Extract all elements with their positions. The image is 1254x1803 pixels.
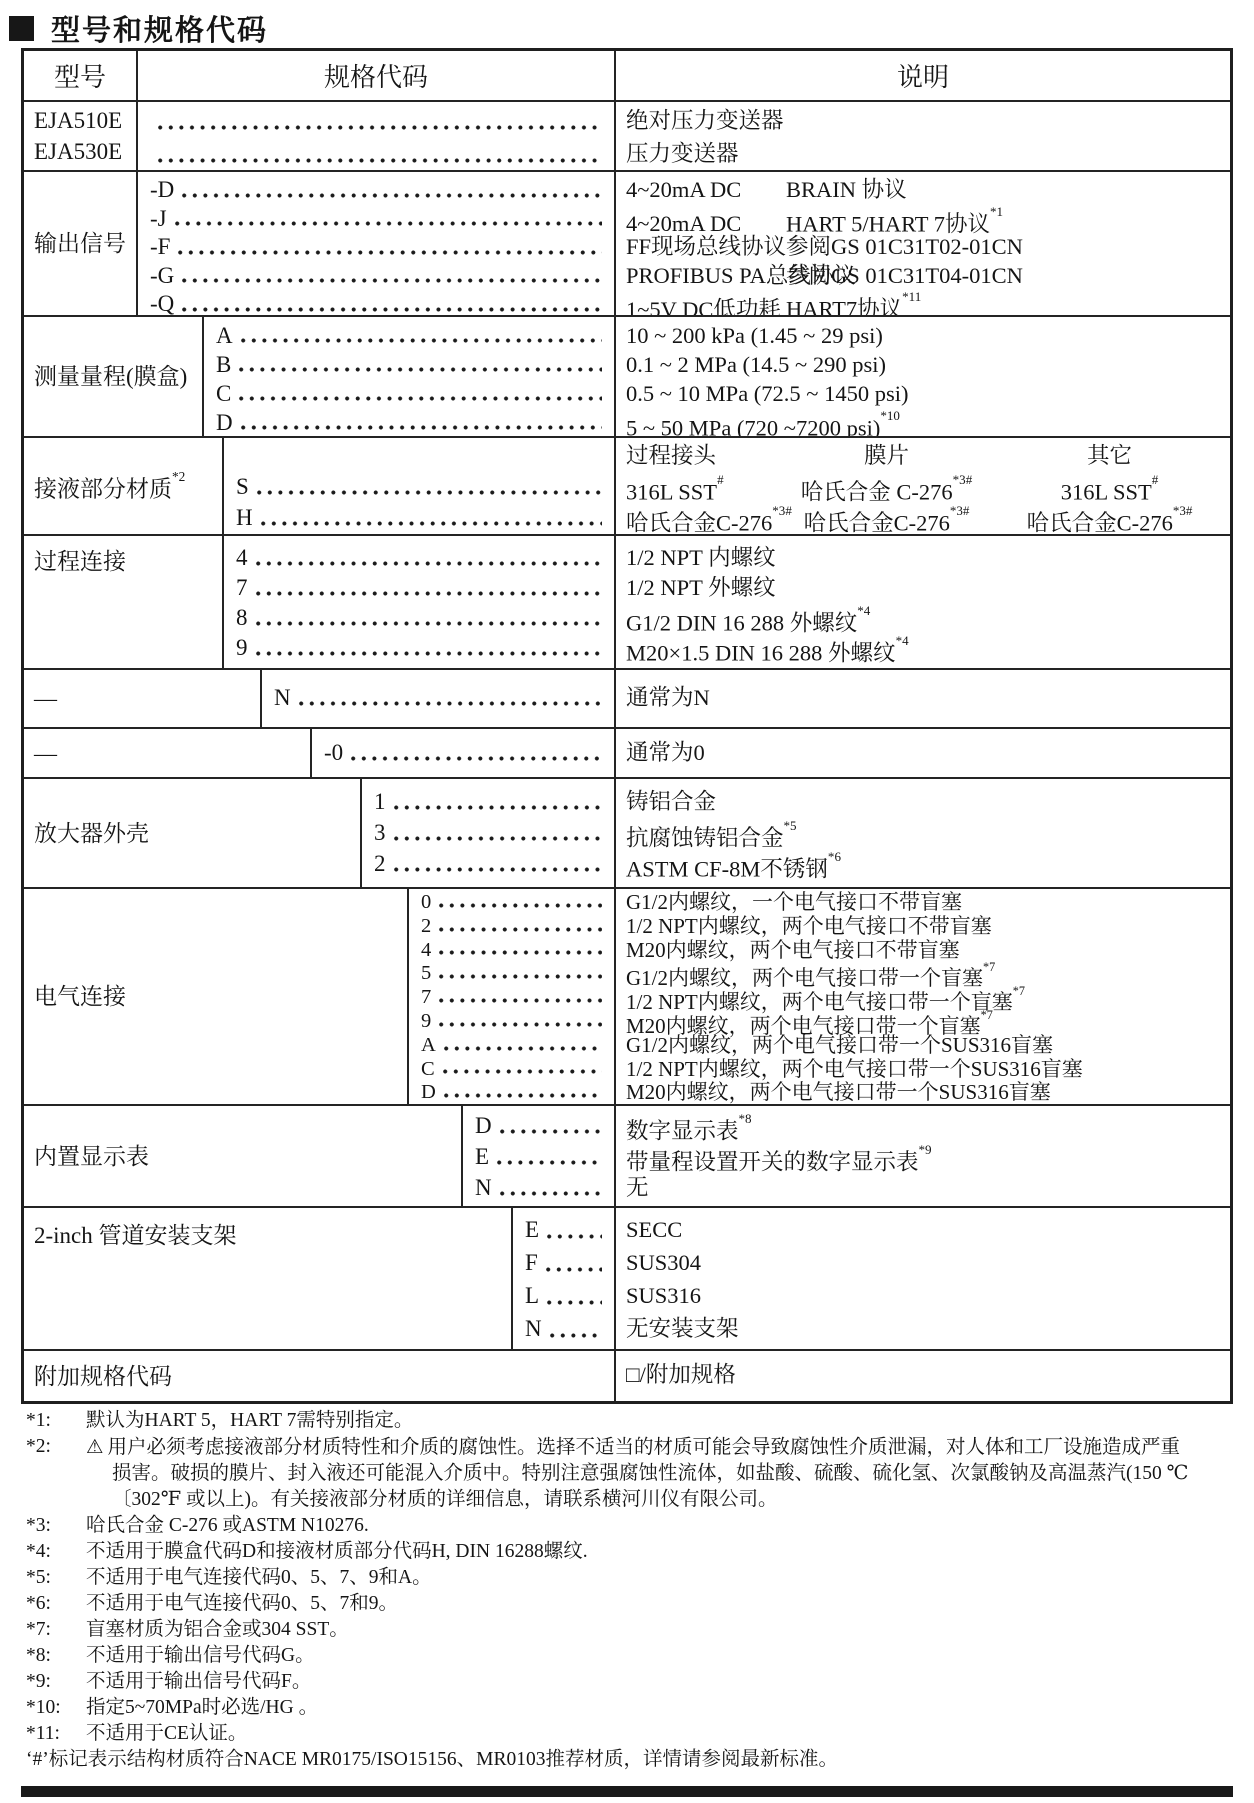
spec-code: 0 xyxy=(421,891,431,915)
description-cell: 绝对压力变送器压力变送器 xyxy=(616,102,1230,170)
spec-code-line: 4 xyxy=(236,543,614,573)
spec-code-line: 8 xyxy=(236,603,614,633)
desc-text: 通常为0 xyxy=(626,738,705,768)
spec-code: D xyxy=(421,1081,436,1105)
leader-dots xyxy=(394,835,603,842)
spec-code-line: N xyxy=(475,1172,614,1203)
desc-text: 1/2 NPT内螺纹，两个电气接口带一个SUS316盲塞 xyxy=(626,1058,1083,1082)
description-line: SECC xyxy=(626,1213,1230,1246)
spec-code: -F xyxy=(150,233,170,262)
desc-text: 膜片 xyxy=(784,440,989,471)
spec-code-line: 2 xyxy=(374,848,614,879)
superscript-note: *10 xyxy=(880,408,900,423)
spec-code-line: 1 xyxy=(374,786,614,817)
leader-dots xyxy=(351,755,602,762)
description-line: SUS304 xyxy=(626,1246,1230,1279)
desc-text: 哈氏合金C-276*3# xyxy=(626,502,784,534)
footnote-item: *4:不适用于膜盒代码D和接液材质部分代码H, DIN 16288螺纹. xyxy=(26,1539,1236,1565)
description-line: 1~5V DC低功耗HART7协议*11 xyxy=(626,290,1230,315)
spec-code: N xyxy=(525,1312,542,1345)
spec-code: A xyxy=(216,321,233,350)
leader-dots xyxy=(178,249,602,256)
row-label: 2-inch 管道安装支架 xyxy=(24,1208,513,1349)
footnote-marker: *8: xyxy=(26,1643,86,1669)
leader-dots xyxy=(256,650,603,657)
footnote-marker: *11: xyxy=(26,1721,86,1747)
description-line: M20内螺纹，两个电气接口带一个盲塞*7 xyxy=(626,1010,1230,1034)
leader-dots xyxy=(239,395,602,402)
spec-code-line: E xyxy=(475,1141,614,1172)
leader-dots xyxy=(444,1045,602,1052)
spec-code: 7 xyxy=(421,986,431,1010)
desc-text: M20内螺纹，两个电气接口带一个SUS316盲塞 xyxy=(626,1081,1051,1104)
spec-code-line: 9 xyxy=(421,1010,614,1034)
spec-code-cell: DEN xyxy=(463,1106,616,1206)
spec-code: 2 xyxy=(374,848,386,879)
leader-dots xyxy=(547,1233,602,1240)
superscript-note: *4 xyxy=(896,633,909,648)
spec-code-line: -0 xyxy=(324,738,614,768)
spec-code: A xyxy=(421,1034,436,1058)
description-line: 4~20mA DCBRAIN 协议 xyxy=(626,176,1230,205)
desc-text: PROFIBUS PA总线协议 xyxy=(626,262,786,291)
footnote-item: *1:默认为HART 5，HART 7需特别指定。 xyxy=(26,1408,1236,1434)
desc-text: 哈氏合金C-276*3# xyxy=(989,502,1230,534)
desc-text: G1/2内螺纹，两个电气接口带一个SUS316盲塞 xyxy=(626,1034,1053,1058)
spec-code-line: -F xyxy=(150,233,614,262)
desc-text: 10 ~ 200 kPa (1.45 ~ 29 psi) xyxy=(626,321,883,350)
description-line: 通常为N xyxy=(626,683,1230,713)
footnote-item: ‘#’标记表示结构材质符合NACE MR0175/ISO15156、MR0103… xyxy=(26,1747,1236,1773)
desc-text: ASTM CF-8M不锈钢*6 xyxy=(626,848,841,885)
table-row: —N通常为N xyxy=(24,668,1230,727)
spec-code-line: 2 xyxy=(421,915,614,939)
superscript-note: *3# xyxy=(953,472,973,487)
leader-dots xyxy=(158,124,602,131)
spec-code-line: -J xyxy=(150,205,614,234)
footnote-item: *5:不适用于电气连接代码0、5、7、9和A。 xyxy=(26,1565,1236,1591)
description-cell: 10 ~ 200 kPa (1.45 ~ 29 psi)0.1 ~ 2 MPa … xyxy=(616,317,1230,436)
spec-code-cell: 132 xyxy=(362,779,616,887)
desc-text: 带量程设置开关的数字显示表*9 xyxy=(626,1141,932,1178)
leader-dots xyxy=(550,1332,602,1339)
spec-code-line: 7 xyxy=(236,573,614,603)
leader-dots xyxy=(443,1068,602,1075)
desc-text: 无 xyxy=(626,1172,649,1203)
table-row: 内置显示表DEN数字显示表*8带量程设置开关的数字显示表*9无 xyxy=(24,1104,1230,1206)
desc-text: — xyxy=(34,683,260,714)
spec-code: -0 xyxy=(324,738,343,768)
description-cell: G1/2内螺纹，一个电气接口不带盲塞1/2 NPT内螺纹，两个电气接口不带盲塞M… xyxy=(616,889,1230,1104)
footnote-item: *2:⚠用户必须考虑接液部分材质特性和介质的腐蚀性。选择不适当的材质可能会导致腐… xyxy=(26,1434,1236,1513)
spec-code-cell: -0 xyxy=(312,729,616,777)
spec-code: 9 xyxy=(236,633,248,663)
desc-text: 输出信号 xyxy=(34,228,136,259)
description-cell: 数字显示表*8带量程设置开关的数字显示表*9无 xyxy=(616,1106,1230,1206)
leader-dots xyxy=(547,1299,602,1306)
footnote-marker: *10: xyxy=(26,1695,86,1721)
footnote-marker: *3: xyxy=(26,1513,86,1539)
description-line: 数字显示表*8 xyxy=(626,1110,1230,1141)
description-line: 压力变送器 xyxy=(626,137,1230,170)
desc-text: 0.1 ~ 2 MPa (14.5 ~ 290 psi) xyxy=(626,350,886,379)
description-cell: 铸铝合金抗腐蚀铸铝合金*5ASTM CF-8M不锈钢*6 xyxy=(616,779,1230,887)
spec-code-line: A xyxy=(216,321,614,350)
spec-code: N xyxy=(475,1172,492,1203)
spec-code-line: A xyxy=(421,1034,614,1058)
description-line: 铸铝合金 xyxy=(626,786,1230,817)
leader-dots xyxy=(182,277,602,284)
leader-dots xyxy=(239,366,602,373)
footnote-item: *10:指定5~70MPa时必选/HG 。 xyxy=(26,1695,1236,1721)
description-line: 抗腐蚀铸铝合金*5 xyxy=(626,817,1230,848)
desc-text: 绝对压力变送器 xyxy=(626,104,784,137)
desc-text: SUS316 xyxy=(626,1279,701,1312)
footnote-marker: *6: xyxy=(26,1591,86,1617)
table-row: —-0通常为0 xyxy=(24,727,1230,777)
leader-dots xyxy=(158,157,602,164)
footnote-item: *7:盲塞材质为铝合金或304 SST。 xyxy=(26,1617,1236,1643)
footnote-item: *3:哈氏合金 C-276 或ASTM N10276. xyxy=(26,1513,1236,1539)
spec-code: -J xyxy=(150,205,167,234)
leader-dots xyxy=(497,1159,602,1166)
warning-icon: ⚠ xyxy=(86,1435,103,1458)
desc-text: 1/2 NPT 外螺纹 xyxy=(626,573,776,603)
spec-code-line: C xyxy=(216,379,614,408)
desc-text: SUS304 xyxy=(626,1246,701,1279)
description-line: SUS316 xyxy=(626,1279,1230,1312)
spec-code: 2 xyxy=(421,915,431,939)
desc-text: 压力变送器 xyxy=(626,137,739,170)
description-line: M20×1.5 DIN 16 288 外螺纹*4 xyxy=(626,633,1230,663)
superscript-note: # xyxy=(1152,472,1159,487)
table-row: 测量量程(膜盒)ABCD10 ~ 200 kPa (1.45 ~ 29 psi)… xyxy=(24,315,1230,436)
leader-dots xyxy=(439,997,602,1004)
spec-code-line: D xyxy=(475,1110,614,1141)
desc-text: 其它 xyxy=(989,440,1230,471)
leader-dots xyxy=(500,1190,602,1197)
table-row: 输出信号-D-J-F-G-Q4~20mA DCBRAIN 协议4~20mA DC… xyxy=(24,170,1230,315)
header-model: 型号 xyxy=(24,51,138,100)
section-marker-icon xyxy=(9,16,34,41)
spec-code-cell: EFLN xyxy=(513,1208,616,1349)
desc-text: 接液部分材质*2 xyxy=(34,468,222,505)
footnote-text: 不适用于CE认证。 xyxy=(86,1721,1236,1747)
description-line: 带量程设置开关的数字显示表*9 xyxy=(626,1141,1230,1172)
table-row: 2-inch 管道安装支架EFLNSECCSUS304SUS316无安装支架 xyxy=(24,1206,1230,1349)
spec-code-cell: SH xyxy=(224,438,616,534)
footnote-marker: *5: xyxy=(26,1565,86,1591)
spec-code: 4 xyxy=(236,543,248,573)
spec-code-cell: N xyxy=(262,670,616,727)
leader-dots xyxy=(299,700,602,707)
leader-dots xyxy=(257,489,602,496)
leader-dots xyxy=(439,926,602,933)
table-row: 放大器外壳132铸铝合金抗腐蚀铸铝合金*5ASTM CF-8M不锈钢*6 xyxy=(24,777,1230,887)
leader-dots xyxy=(256,620,603,627)
footnote-item: *9:不适用于输出信号代码F。 xyxy=(26,1669,1236,1695)
spec-code: 7 xyxy=(236,573,248,603)
superscript-note: *5 xyxy=(784,818,797,833)
description-cell: 通常为0 xyxy=(616,729,1230,777)
description-line: 1/2 NPT 外螺纹 xyxy=(626,573,1230,603)
description-line: 4~20mA DCHART 5/HART 7协议*1 xyxy=(626,205,1230,234)
footnote-text: 盲塞材质为铝合金或304 SST。 xyxy=(86,1617,1236,1643)
desc-text: HART7协议*11 xyxy=(786,290,921,315)
spec-code-line: N xyxy=(525,1312,614,1345)
table-row: 接液部分材质*2SH过程接头膜片其它316L SST#哈氏合金 C-276*3#… xyxy=(24,436,1230,534)
description-line: PROFIBUS PA总线协议参阅GS 01C31T04-01CN xyxy=(626,262,1230,291)
spec-code: N xyxy=(274,683,291,713)
spec-code-line: C xyxy=(421,1058,614,1082)
spec-code: E xyxy=(475,1141,489,1172)
desc-text: 参阅GS 01C31T04-01CN xyxy=(786,262,1023,291)
superscript-note: *11 xyxy=(902,289,921,304)
desc-text: 电气连接 xyxy=(34,981,407,1012)
row-label: 输出信号 xyxy=(24,172,138,315)
spec-code-line xyxy=(150,137,614,170)
desc-text: FF现场总线协议 xyxy=(626,233,786,262)
superscript-note: *3# xyxy=(772,503,792,518)
description-line: 通常为0 xyxy=(626,738,1230,768)
row-label-line: EJA510E xyxy=(34,105,136,136)
description-line: 0.1 ~ 2 MPa (14.5 ~ 290 psi) xyxy=(626,350,1230,379)
superscript-note: *7 xyxy=(983,960,995,974)
description-line: 1/2 NPT内螺纹，两个电气接口不带盲塞 xyxy=(626,915,1230,939)
spec-code-line: D xyxy=(421,1081,614,1105)
spec-code: L xyxy=(525,1279,539,1312)
footnote-text-line: 〔302℉ 或以上)。有关接液部分材质的详细信息，请联系横河川仪有限公司。 xyxy=(86,1487,1236,1513)
superscript-note: *8 xyxy=(739,1111,752,1126)
spec-code: F xyxy=(525,1246,538,1279)
superscript-note: *6 xyxy=(828,849,841,864)
footnote-text: ⚠用户必须考虑接液部分材质特性和介质的腐蚀性。选择不适当的材质可能会导致腐蚀性介… xyxy=(86,1434,1236,1513)
description-line: 哈氏合金C-276*3#哈氏合金C-276*3#哈氏合金C-276*3# xyxy=(626,502,1230,533)
superscript-note: *7 xyxy=(981,1008,993,1022)
spec-code: 1 xyxy=(374,786,386,817)
spec-code-line: -Q xyxy=(150,290,614,319)
spec-code-line xyxy=(150,104,614,137)
footnote-text: 不适用于电气连接代码0、5、7、9和A。 xyxy=(86,1565,1236,1591)
table-header-row: 型号 规格代码 说明 xyxy=(24,51,1230,100)
description-line: ASTM CF-8M不锈钢*6 xyxy=(626,848,1230,879)
table-row: 过程连接47891/2 NPT 内螺纹1/2 NPT 外螺纹G1/2 DIN 1… xyxy=(24,534,1230,668)
spec-code-line: H xyxy=(236,502,614,533)
table-body: EJA510EEJA530E绝对压力变送器压力变送器输出信号-D-J-F-G-Q… xyxy=(24,100,1230,1401)
description-line: 0.5 ~ 10 MPa (72.5 ~ 1450 psi) xyxy=(626,379,1230,408)
footnote-text-line: ⚠用户必须考虑接液部分材质特性和介质的腐蚀性。选择不适当的材质可能会导致腐蚀性介… xyxy=(86,1434,1236,1461)
row-label: 电气连接 xyxy=(24,889,409,1104)
footnote-text: 哈氏合金 C-276 或ASTM N10276. xyxy=(86,1513,1236,1539)
footnote-text: 不适用于膜盒代码D和接液材质部分代码H, DIN 16288螺纹. xyxy=(86,1539,1236,1565)
spec-code-line: B xyxy=(216,350,614,379)
row-label: — xyxy=(24,670,262,727)
footnote-text: 不适用于输出信号代码F。 xyxy=(86,1669,1236,1695)
description-cell: 4~20mA DCBRAIN 协议4~20mA DCHART 5/HART 7协… xyxy=(616,172,1230,315)
description-line: 316L SST#哈氏合金 C-276*3#316L SST# xyxy=(626,471,1230,502)
spec-code: D xyxy=(475,1110,492,1141)
spec-code-line: -D xyxy=(150,176,614,205)
footnote-text: 默认为HART 5，HART 7需特别指定。 xyxy=(86,1408,1236,1434)
spec-code-line: 9 xyxy=(236,633,614,663)
table-row: 电气连接024579ACDG1/2内螺纹，一个电气接口不带盲塞1/2 NPT内螺… xyxy=(24,887,1230,1104)
desc-text: M20内螺纹，两个电气接口不带盲塞 xyxy=(626,939,960,963)
description-line: 1/2 NPT内螺纹，两个电气接口带一个盲塞*7 xyxy=(626,986,1230,1010)
spec-code: -G xyxy=(150,262,174,291)
description-line: G1/2内螺纹，两个电气接口带一个SUS316盲塞 xyxy=(626,1034,1230,1058)
desc-text: 1~5V DC低功耗 xyxy=(626,296,786,316)
spec-code-cell: ABCD xyxy=(204,317,616,436)
description-line: G1/2内螺纹，两个电气接口带一个盲塞*7 xyxy=(626,962,1230,986)
spec-code: 8 xyxy=(236,603,248,633)
leader-dots xyxy=(394,804,603,811)
desc-text: 哈氏合金C-276*3# xyxy=(784,502,989,534)
spec-code: -D xyxy=(150,176,174,205)
table-row: EJA510EEJA530E绝对压力变送器压力变送器 xyxy=(24,100,1230,170)
spec-code-cell: 024579ACD xyxy=(409,889,616,1104)
superscript-note: # xyxy=(717,472,724,487)
spec-code: E xyxy=(525,1213,539,1246)
description-line: M20内螺纹，两个电气接口不带盲塞 xyxy=(626,939,1230,963)
desc-text: 无安装支架 xyxy=(626,1312,739,1345)
description-line: 1/2 NPT内螺纹，两个电气接口带一个SUS316盲塞 xyxy=(626,1058,1230,1082)
footnote-item: *11:不适用于CE认证。 xyxy=(26,1721,1236,1747)
desc-text: 测量量程(膜盒) xyxy=(34,361,202,392)
spec-code: B xyxy=(216,350,231,379)
footnote-marker: *2: xyxy=(26,1434,86,1513)
desc-text: 通常为N xyxy=(626,683,710,713)
leader-dots xyxy=(439,1021,602,1028)
description-cell: □/附加规格 xyxy=(616,1351,1230,1401)
spec-code-line: N xyxy=(274,683,614,713)
desc-text: □/附加规格 xyxy=(626,1360,736,1390)
leader-dots xyxy=(546,1266,602,1273)
desc-text: 参阅GS 01C31T02-01CN xyxy=(786,233,1023,262)
spec-code: H xyxy=(236,502,253,533)
row-label: 过程连接 xyxy=(24,536,224,668)
leader-dots xyxy=(175,220,602,227)
row-label-line: EJA530E xyxy=(34,136,136,167)
spec-code-line: 4 xyxy=(421,939,614,963)
row-label: 附加规格代码 xyxy=(24,1351,616,1401)
description-line: 无安装支架 xyxy=(626,1312,1230,1345)
desc-text: 4~20mA DC xyxy=(626,176,786,205)
leader-dots xyxy=(241,424,602,431)
spec-code-line: S xyxy=(236,471,614,502)
footnote-text-line: 损害。破损的膜片、封入液还可能混入介质中。特别注意强腐蚀性流体，如盐酸、硫酸、硫… xyxy=(86,1461,1236,1487)
spec-code: D xyxy=(216,408,233,437)
description-line: □/附加规格 xyxy=(626,1360,1230,1390)
spec-code-line: L xyxy=(525,1279,614,1312)
row-label: 内置显示表 xyxy=(24,1106,463,1206)
superscript-note: *1 xyxy=(990,204,1003,219)
desc-text: 内置显示表 xyxy=(34,1141,461,1172)
footnote-text: 指定5~70MPa时必选/HG 。 xyxy=(86,1695,1236,1721)
desc-text: 5 ~ 50 MPa (720 ~7200 psi)*10 xyxy=(626,408,900,436)
description-line: FF现场总线协议参阅GS 01C31T02-01CN xyxy=(626,233,1230,262)
spec-code-line: 7 xyxy=(421,986,614,1010)
description-line: 10 ~ 200 kPa (1.45 ~ 29 psi) xyxy=(626,321,1230,350)
spec-code-line: 3 xyxy=(374,817,614,848)
footnote-text: 不适用于输出信号代码G。 xyxy=(86,1643,1236,1669)
table-row: 附加规格代码□/附加规格 xyxy=(24,1349,1230,1401)
leader-dots xyxy=(394,866,603,873)
leader-dots xyxy=(256,590,603,597)
desc-text: — xyxy=(34,738,310,769)
desc-text: 附加规格代码 xyxy=(34,1361,614,1392)
description-line: 1/2 NPT 内螺纹 xyxy=(626,543,1230,573)
leader-dots xyxy=(261,520,602,527)
leader-dots xyxy=(182,306,602,313)
leader-dots xyxy=(182,192,602,199)
desc-text: 0.5 ~ 10 MPa (72.5 ~ 1450 psi) xyxy=(626,379,908,408)
page-bottom-rule xyxy=(21,1786,1233,1797)
datasheet-page: 型号和规格代码 型号 规格代码 说明 EJA510EEJA530E绝对压力变送器… xyxy=(0,0,1254,1803)
spec-code-line: 5 xyxy=(421,962,614,986)
superscript-note: *7 xyxy=(1013,984,1025,998)
leader-dots xyxy=(444,1092,602,1099)
footnotes: *1:默认为HART 5，HART 7需特别指定。*2:⚠用户必须考虑接液部分材… xyxy=(26,1408,1236,1773)
desc-text: 1/2 NPT内螺纹，两个电气接口不带盲塞 xyxy=(626,915,992,939)
row-label: — xyxy=(24,729,312,777)
spec-code-cell: -D-J-F-G-Q xyxy=(138,172,616,315)
leader-dots xyxy=(241,337,602,344)
row-label: 放大器外壳 xyxy=(24,779,362,887)
leader-dots xyxy=(500,1128,602,1135)
leader-dots xyxy=(439,902,602,909)
footnote-marker: *9: xyxy=(26,1669,86,1695)
desc-text: 过程接头 xyxy=(626,440,784,471)
spec-code-line: F xyxy=(525,1246,614,1279)
desc-text: 过程连接 xyxy=(34,546,222,577)
leader-dots xyxy=(439,949,602,956)
footnote-item: *6:不适用于电气连接代码0、5、7和9。 xyxy=(26,1591,1236,1617)
leader-dots xyxy=(256,560,603,567)
description-cell: 1/2 NPT 内螺纹1/2 NPT 外螺纹G1/2 DIN 16 288 外螺… xyxy=(616,536,1230,668)
spec-code-cell: 4789 xyxy=(224,536,616,668)
desc-text: M20×1.5 DIN 16 288 外螺纹*4 xyxy=(626,633,909,668)
description-line: G1/2内螺纹，一个电气接口不带盲塞 xyxy=(626,891,1230,915)
spec-code: 9 xyxy=(421,1010,431,1034)
footnote-text: ‘#’标记表示结构材质符合NACE MR0175/ISO15156、MR0103… xyxy=(26,1747,1236,1773)
description-line: 过程接头膜片其它 xyxy=(626,440,1230,471)
row-label: 测量量程(膜盒) xyxy=(24,317,204,436)
superscript-note: *3# xyxy=(1173,503,1193,518)
description-line: 绝对压力变送器 xyxy=(626,104,1230,137)
header-description: 说明 xyxy=(616,51,1230,100)
spec-code: C xyxy=(216,379,231,408)
spec-code-line: -G xyxy=(150,262,614,291)
description-cell: 通常为N xyxy=(616,670,1230,727)
footnote-item: *8:不适用于输出信号代码G。 xyxy=(26,1643,1236,1669)
leader-dots xyxy=(439,973,602,980)
row-label: 接液部分材质*2 xyxy=(24,438,224,534)
spec-code-line: E xyxy=(525,1213,614,1246)
desc-text: 2-inch 管道安装支架 xyxy=(34,1220,511,1251)
section-title: 型号和规格代码 xyxy=(51,8,268,49)
description-line: M20内螺纹，两个电气接口带一个SUS316盲塞 xyxy=(626,1081,1230,1104)
header-spec-code: 规格代码 xyxy=(138,51,616,100)
row-label: EJA510EEJA530E xyxy=(24,102,138,170)
footnote-marker: *1: xyxy=(26,1408,86,1434)
description-line: G1/2 DIN 16 288 外螺纹*4 xyxy=(626,603,1230,633)
spec-code: S xyxy=(236,471,249,502)
description-cell: 过程接头膜片其它316L SST#哈氏合金 C-276*3#316L SST#哈… xyxy=(616,438,1230,534)
spec-code-line: 0 xyxy=(421,891,614,915)
model-spec-table: 型号 规格代码 说明 EJA510EEJA530E绝对压力变送器压力变送器输出信… xyxy=(21,48,1233,1404)
desc-text: G1/2内螺纹，一个电气接口不带盲塞 xyxy=(626,891,962,915)
footnote-text: 不适用于电气连接代码0、5、7和9。 xyxy=(86,1591,1236,1617)
